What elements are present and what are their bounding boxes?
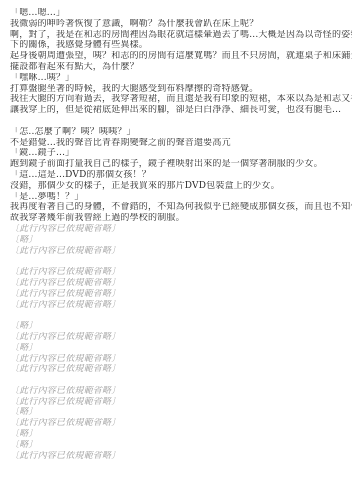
text-line: 啊，對了，我是在和志的房間裡因為眼花就這樣暈過去了嗎...大概是因為以奇怪的姿勢… bbox=[10, 30, 352, 41]
text-line: 「怎..怎麼了啊？咦？咦咦？」 bbox=[10, 127, 352, 138]
text-line bbox=[10, 310, 352, 321]
text-line: 我往大腿的方向看過去，我穿著短裙，而且還是我有印象的短裙，本來以為是和志又在搞我 bbox=[10, 94, 352, 105]
document-page: 「嗯...嗯...」我微弱的呻吟著恢復了意識，啊勒？為什麼我會趴在床上呢？啊，對… bbox=[0, 0, 360, 504]
text-line: 〔此行內容已依規範省略〕 bbox=[10, 418, 352, 429]
novel-text-block: 「嗯...嗯...」我微弱的呻吟著恢復了意識，啊勒？為什麼我會趴在床上呢？啊，對… bbox=[10, 8, 352, 461]
text-line: 讓我穿上的，但是從裙底延伸出來的腳，卻是白白淨淨、細長可愛，也沒有腿毛... bbox=[10, 105, 352, 116]
text-line: 〔略〕 bbox=[10, 235, 352, 246]
text-line: 「鏡...鏡子...」 bbox=[10, 148, 352, 159]
text-line: 跑到鏡子前面打量我自己的樣子，鏡子裡映射出來的是一個穿著制服的少女。 bbox=[10, 159, 352, 170]
text-line: 不是錯覺...我的聲音比青春期變聲之前的聲音還要高亢 bbox=[10, 138, 352, 149]
text-line: 下的關係，我感覺身體有些異樣。 bbox=[10, 40, 352, 51]
text-line: 〔此行內容已依規範省略〕 bbox=[10, 246, 352, 257]
text-line: 〔此行內容已依規範省略〕 bbox=[10, 364, 352, 375]
text-line: 「這...這是...DVD的那個女孩！？ bbox=[10, 170, 352, 181]
text-line: 〔此行內容已依規範省略〕 bbox=[10, 332, 352, 343]
text-line: 〔此行內容已依規範省略〕 bbox=[10, 278, 352, 289]
text-line bbox=[10, 116, 352, 127]
text-line: 我再度看著自己的身體，不會錯的，不知為何我似乎已經變成那個女孩，而且也不知什麼緣 bbox=[10, 202, 352, 213]
text-line: 〔略〕 bbox=[10, 440, 352, 451]
text-line bbox=[10, 256, 352, 267]
text-line: 沒錯，那個少女的樣子，正是我買來的那片DVD包裝盒上的少女。 bbox=[10, 181, 352, 192]
text-line: 〔略〕 bbox=[10, 343, 352, 354]
text-line: 故我穿著幾年前我曾經上過的學校的制服。 bbox=[10, 213, 352, 224]
text-line: 擺設都看起來有點大，為什麼？ bbox=[10, 62, 352, 73]
text-line: 〔此行內容已依規範省略〕 bbox=[10, 267, 352, 278]
text-line: 〔略〕 bbox=[10, 407, 352, 418]
text-line: 〔此行內容已依規範省略〕 bbox=[10, 451, 352, 462]
text-line: 〔此行內容已依規範省略〕 bbox=[10, 354, 352, 365]
text-line: 〔略〕 bbox=[10, 429, 352, 440]
text-line: 「嘿咻...咦？」 bbox=[10, 73, 352, 84]
text-line: 〔此行內容已依規範省略〕 bbox=[10, 224, 352, 235]
text-line: 「嗯...嗯...」 bbox=[10, 8, 352, 19]
text-line: 〔此行內容已依規範省略〕 bbox=[10, 397, 352, 408]
text-line: 起身後朝周遭張望，咦？和志的的房間有這麼寬嗎？而且不只房間，就連桌子和床鋪全部的 bbox=[10, 51, 352, 62]
text-line: 「是...夢嗎！？」 bbox=[10, 192, 352, 203]
text-line: 打算盤腿坐著的時候，我的大腿感受到布料摩擦的奇特感覺。 bbox=[10, 84, 352, 95]
text-line: 〔此行內容已依規範省略〕 bbox=[10, 386, 352, 397]
text-line bbox=[10, 375, 352, 386]
text-line: 〔略〕 bbox=[10, 321, 352, 332]
text-line: 〔此行內容已依規範省略〕 bbox=[10, 300, 352, 311]
text-line: 〔此行內容已依規範省略〕 bbox=[10, 289, 352, 300]
text-line: 我微弱的呻吟著恢復了意識，啊勒？為什麼我會趴在床上呢？ bbox=[10, 19, 352, 30]
